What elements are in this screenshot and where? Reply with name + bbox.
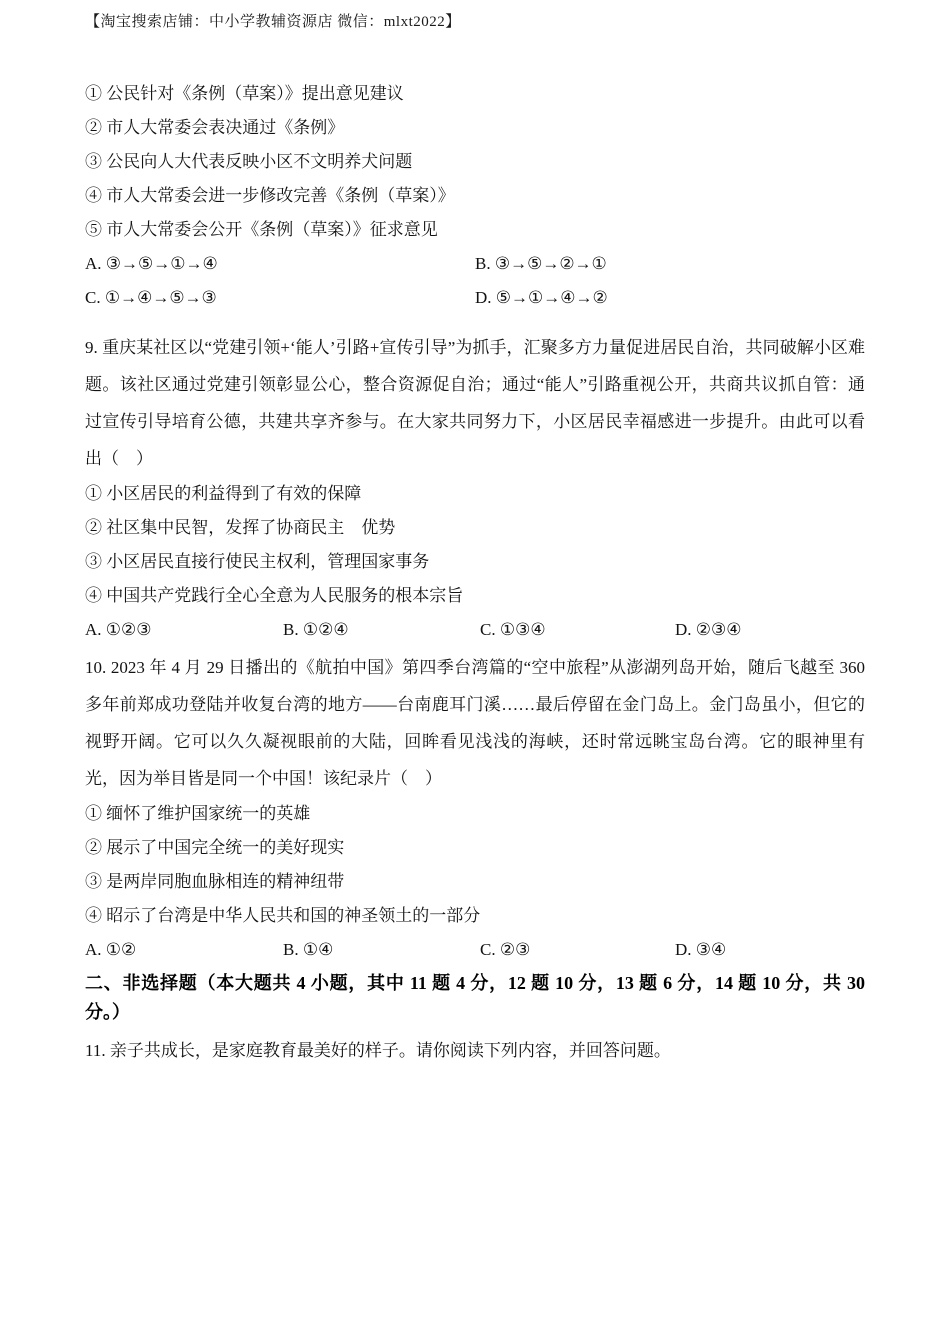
prev-question-options-row-1: A. ③→⑤→①→④ B. ③→⑤→②→① [85, 247, 865, 281]
question-9-options-row: A. ①②③ B. ①②④ C. ①③④ D. ②③④ [85, 613, 865, 647]
question-9-option-d: D. ②③④ [675, 613, 865, 647]
question-10: 10. 2023 年 4 月 29 日播出的《航拍中国》第四季台湾篇的“空中旅程… [85, 649, 865, 967]
question-10-stem: 10. 2023 年 4 月 29 日播出的《航拍中国》第四季台湾篇的“空中旅程… [85, 649, 865, 797]
prev-question-step-1: ① 公民针对《条例（草案）》提出意见建议 [85, 77, 865, 111]
question-9-item-2: ② 社区集中民智，发挥了协商民主 优势 [85, 511, 865, 545]
question-9-item-1: ① 小区居民的利益得到了有效的保障 [85, 477, 865, 511]
question-10-item-2: ② 展示了中国完全统一的美好现实 [85, 831, 865, 865]
question-10-option-b: B. ①④ [283, 933, 480, 967]
question-10-option-c: C. ②③ [480, 933, 675, 967]
question-10-option-a: A. ①② [85, 933, 283, 967]
exam-page: 【淘宝搜索店铺：中小学教辅资源店 微信：mlxt2022】 ① 公民针对《条例（… [0, 0, 950, 1344]
prev-question-step-3: ③ 公民向人大代表反映小区不文明养犬问题 [85, 145, 865, 179]
question-10-item-3: ③ 是两岸同胞血脉相连的精神纽带 [85, 865, 865, 899]
section-2-heading: 二、非选择题（本大题共 4 小题，其中 11 题 4 分，12 题 10 分，1… [85, 969, 865, 1027]
prev-question-options-row-2: C. ①→④→⑤→③ D. ⑤→①→④→② [85, 281, 865, 315]
question-9-option-a: A. ①②③ [85, 613, 283, 647]
question-9-stem: 9. 重庆某社区以“党建引领+‘能人’引路+宣传引导”为抓手，汇聚多方力量促进居… [85, 329, 865, 477]
question-9-item-4: ④ 中国共产党践行全心全意为人民服务的根本宗旨 [85, 579, 865, 613]
question-10-option-d: D. ③④ [675, 933, 865, 967]
prev-question-step-5: ⑤ 市人大常委会公开《条例（草案）》征求意见 [85, 213, 865, 247]
question-9-item-3: ③ 小区居民直接行使民主权利，管理国家事务 [85, 545, 865, 579]
question-10-item-1: ① 缅怀了维护国家统一的英雄 [85, 797, 865, 831]
prev-question-option-d: D. ⑤→①→④→② [475, 281, 865, 315]
question-9-option-b: B. ①②④ [283, 613, 480, 647]
question-10-item-4: ④ 昭示了台湾是中华人民共和国的神圣领土的一部分 [85, 899, 865, 933]
prev-question-option-a: A. ③→⑤→①→④ [85, 247, 475, 281]
question-9: 9. 重庆某社区以“党建引领+‘能人’引路+宣传引导”为抓手，汇聚多方力量促进居… [85, 329, 865, 647]
question-9-option-c: C. ①③④ [480, 613, 675, 647]
prev-question-option-c: C. ①→④→⑤→③ [85, 281, 475, 315]
prev-question-option-b: B. ③→⑤→②→① [475, 247, 865, 281]
shop-watermark: 【淘宝搜索店铺：中小学教辅资源店 微信：mlxt2022】 [85, 13, 865, 31]
question-10-options-row: A. ①② B. ①④ C. ②③ D. ③④ [85, 933, 865, 967]
prev-question-step-2: ② 市人大常委会表决通过《条例》 [85, 111, 865, 145]
prev-question-step-4: ④ 市人大常委会进一步修改完善《条例（草案）》 [85, 179, 865, 213]
question-prev-continued: ① 公民针对《条例（草案）》提出意见建议 ② 市人大常委会表决通过《条例》 ③ … [85, 77, 865, 315]
question-11-stem: 11. 亲子共成长，是家庭教育最美好的样子。请你阅读下列内容，并回答问题。 [85, 1032, 865, 1069]
